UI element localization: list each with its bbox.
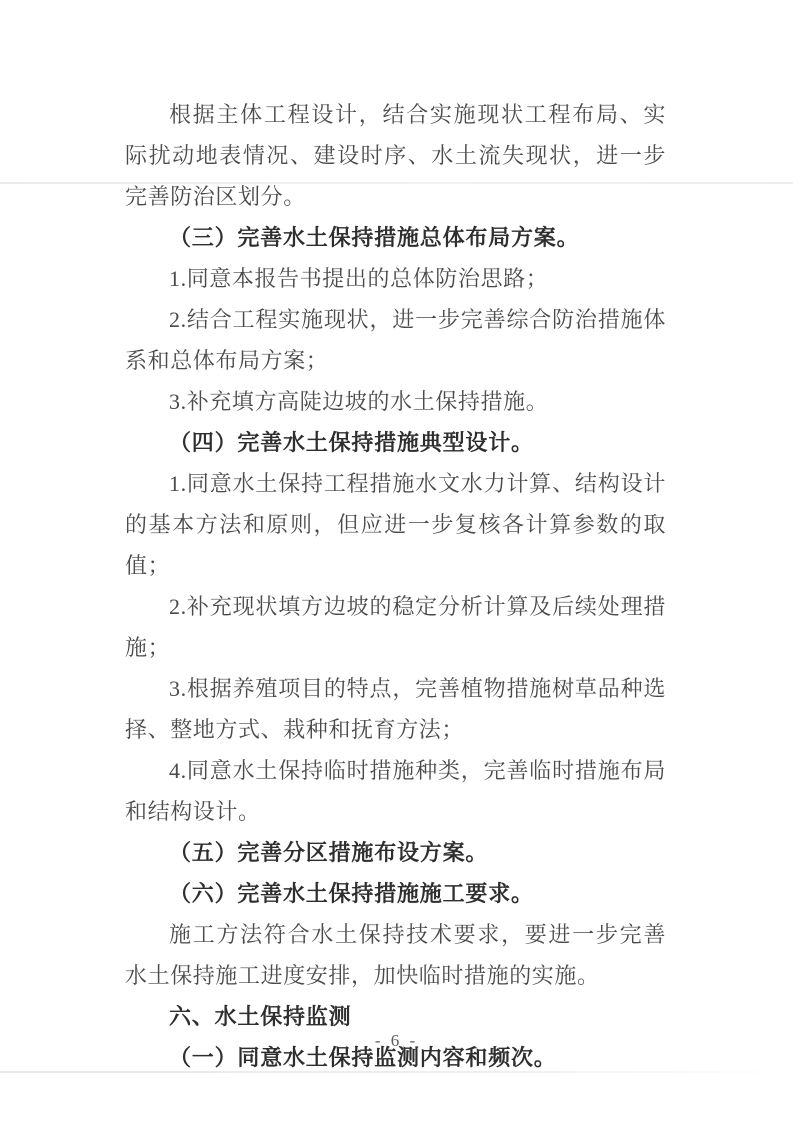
list-item: 1.同意本报告书提出的总体防治思路； bbox=[125, 258, 666, 299]
page-number: - 6 - bbox=[375, 1031, 418, 1050]
list-item: 1.同意水土保持工程措施水文水力计算、结构设计的基本方法和原则，但应进一步复核各… bbox=[125, 463, 666, 586]
paragraph-intro: 根据主体工程设计，结合实施现状工程布局、实际扰动地表情况、建设时序、水土流失现状… bbox=[125, 94, 666, 217]
list-item: 3.根据养殖项目的特点，完善植物措施树草品种选择、整地方式、栽种和抚育方法； bbox=[125, 668, 666, 750]
paragraph-construction: 施工方法符合水土保持技术要求，要进一步完善水土保持施工进度安排，加快临时措施的实… bbox=[125, 914, 666, 996]
list-item: 2.结合工程实施现状，进一步完善综合防治措施体系和总体布局方案； bbox=[125, 299, 666, 381]
section-heading-6: （六）完善水土保持措施施工要求。 bbox=[125, 873, 666, 914]
section-heading-4: （四）完善水土保持措施典型设计。 bbox=[125, 422, 666, 463]
list-item: 2.补充现状填方边坡的稳定分析计算及后续处理措施； bbox=[125, 586, 666, 668]
section-heading-5: （五）完善分区措施布设方案。 bbox=[125, 832, 666, 873]
list-item: 4.同意水土保持临时措施种类，完善临时措施布局和结构设计。 bbox=[125, 750, 666, 832]
page-footer: - 6 - bbox=[0, 1031, 793, 1051]
section-heading-3: （三）完善水土保持措施总体布局方案。 bbox=[125, 217, 666, 258]
document-body: 根据主体工程设计，结合实施现状工程布局、实际扰动地表情况、建设时序、水土流失现状… bbox=[125, 94, 666, 1078]
list-item: 3.补充填方高陡边坡的水土保持措施。 bbox=[125, 381, 666, 422]
